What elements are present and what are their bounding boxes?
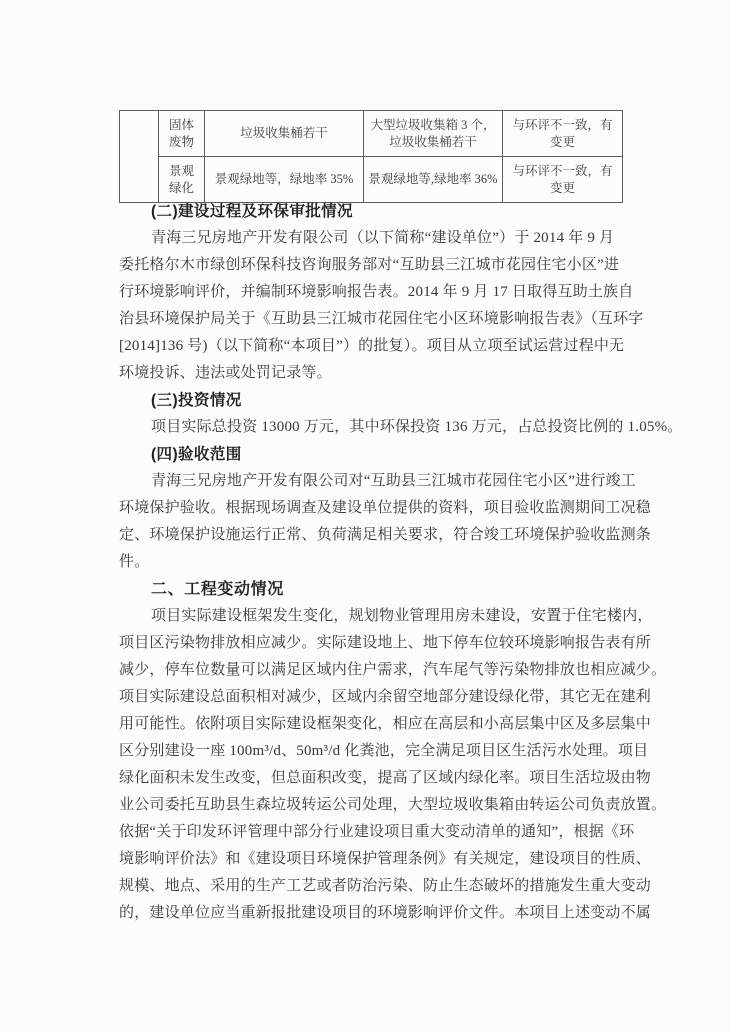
section-heading-acceptance-scope: (四)验收范围 bbox=[119, 441, 618, 468]
table-cell-actual-content: 大型垃圾收集箱 3 个，垃圾收集桶若干 bbox=[364, 111, 503, 157]
table-row-landscaping: 景观绿化 景观绿地等，绿地率 35% 景观绿地等,绿地率 36% 与环评不一致，… bbox=[120, 157, 623, 203]
section-heading-investment: (三)投资情况 bbox=[119, 387, 618, 414]
doc-line: 减少，停车位数量可以满足区域内住户需求，汽车尾气等污染物排放也相应减少。 bbox=[119, 657, 618, 684]
doc-line: 青海三兄房地产开发有限公司对“互助县三江城市花园住宅小区”进行竣工 bbox=[119, 468, 618, 495]
doc-line: 项目实际建设框架发生变化，规划物业管理用房未建设，安置于住宅楼内， bbox=[119, 603, 618, 630]
table-cell-epia-content: 垃圾收集桶若干 bbox=[205, 111, 364, 157]
table-cell-item: 固体废物 bbox=[159, 111, 205, 157]
doc-line: 项目区污染物排放相应减少。实际建设地上、地下停车位较环境影响报告表有所 bbox=[119, 630, 618, 657]
doc-line: 件。 bbox=[119, 549, 618, 576]
doc-line: 的，建设单位应当重新报批建设项目的环境影响评价文件。本项目上述变动不属 bbox=[119, 900, 618, 927]
table-cell-conclusion: 与环评不一致，有变更 bbox=[503, 111, 623, 157]
doc-line: 环境投诉、违法或处罚记录等。 bbox=[119, 360, 618, 387]
table-cell-actual-content: 景观绿地等,绿地率 36% bbox=[364, 157, 503, 203]
table-row-solid-waste: 固体废物 垃圾收集桶若干 大型垃圾收集箱 3 个，垃圾收集桶若干 与环评不一致，… bbox=[120, 111, 623, 157]
doc-line: 委托格尔木市绿创环保科技咨询服务部对“互助县三江城市花园住宅小区”进 bbox=[119, 252, 618, 279]
changes-summary-table-wrap: 固体废物 垃圾收集桶若干 大型垃圾收集箱 3 个，垃圾收集桶若干 与环评不一致，… bbox=[119, 110, 623, 203]
doc-line: 区分别建设一座 100m³/d、50m³/d 化粪池，完全满足项目区生活污水处理… bbox=[119, 738, 618, 765]
doc-line: 绿化面积未发生改变，但总面积改变，提高了区域内绿化率。项目生活垃圾由物 bbox=[119, 765, 618, 792]
doc-line: [2014]136 号)（以下简称“本项目”）的批复）。项目从立项至试运营过程中… bbox=[119, 333, 618, 360]
doc-line: 治县环境保护局关于《互助县三江城市花园住宅小区环境影响报告表》（互环字 bbox=[119, 306, 618, 333]
doc-line: 业公司委托互助县生森垃圾转运公司处理，大型垃圾收集箱由转运公司负责放置。 bbox=[119, 792, 618, 819]
doc-line: 规模、地点、采用的生产工艺或者防治污染、防止生态破坏的措施发生重大变动 bbox=[119, 873, 618, 900]
section-heading-project-changes: 二、工程变动情况 bbox=[119, 576, 618, 603]
table-cell-conclusion: 与环评不一致，有变更 bbox=[503, 157, 623, 203]
table-cell-category-merged bbox=[120, 111, 159, 203]
doc-line: 定、环境保护设施运行正常、负荷满足相关要求，符合竣工环境保护验收监测条 bbox=[119, 522, 618, 549]
doc-line: 境影响评价法》和《建设项目环境保护管理条例》有关规定，建设项目的性质、 bbox=[119, 846, 618, 873]
table-cell-epia-content: 景观绿地等，绿地率 35% bbox=[205, 157, 364, 203]
doc-line: 项目实际总投资 13000 万元，其中环保投资 136 万元，占总投资比例的 1… bbox=[119, 414, 618, 441]
doc-line: 青海三兄房地产开发有限公司（以下简称“建设单位”）于 2014 年 9 月 bbox=[119, 225, 618, 252]
scanned-document-page: 固体废物 垃圾收集桶若干 大型垃圾收集箱 3 个，垃圾收集桶若干 与环评不一致，… bbox=[0, 0, 730, 1032]
document-body: (二)建设过程及环保审批情况 青海三兄房地产开发有限公司（以下简称“建设单位”）… bbox=[119, 198, 618, 927]
doc-line: 项目实际建设总面积相对减少，区域内余留空地部分建设绿化带，其它无在建利 bbox=[119, 684, 618, 711]
doc-line: 用可能性。依附项目实际建设框架变化，相应在高层和小高层集中区及多层集中 bbox=[119, 711, 618, 738]
doc-line: 环境保护验收。根据现场调查及建设单位提供的资料，项目验收监测期间工况稳 bbox=[119, 495, 618, 522]
section-heading-construction-approval: (二)建设过程及环保审批情况 bbox=[119, 198, 618, 225]
changes-summary-table: 固体废物 垃圾收集桶若干 大型垃圾收集箱 3 个，垃圾收集桶若干 与环评不一致，… bbox=[119, 110, 623, 203]
doc-line: 依据“关于印发环评管理中部分行业建设项目重大变动清单的通知”，根据《环 bbox=[119, 819, 618, 846]
table-cell-item: 景观绿化 bbox=[159, 157, 205, 203]
doc-line: 行环境影响评价，并编制环境影响报告表。2014 年 9 月 17 日取得互助土族… bbox=[119, 279, 618, 306]
